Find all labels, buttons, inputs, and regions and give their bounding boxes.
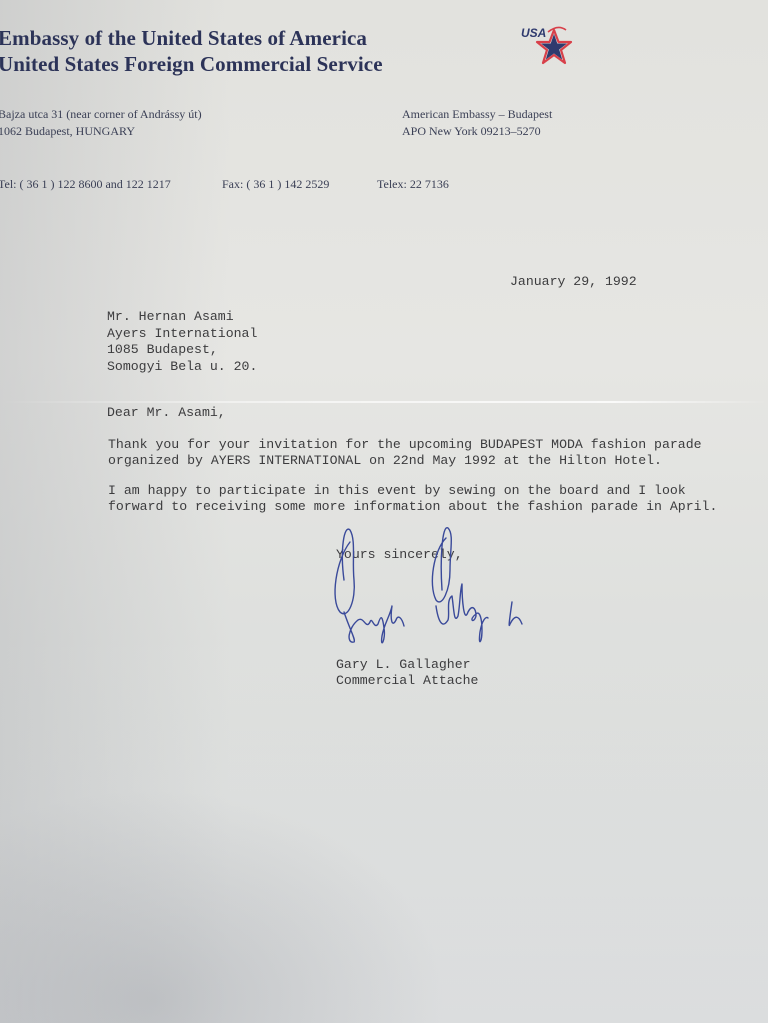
handwritten-signature-icon [326,520,536,660]
address-left-line2: 1062 Budapest, HUNGARY [0,123,135,140]
recipient-line: 1085 Budapest, [107,342,218,359]
address-left-line1: Bajza utca 31 (near corner of Andrássy ú… [0,106,202,123]
contact-telex: Telex: 22 7136 [377,176,449,193]
paragraph-line: forward to receiving some more informati… [108,499,717,516]
recipient-line: Mr. Hernan Asami [107,309,234,326]
letterhead-title-line1: Embassy of the United States of America [0,25,367,52]
contact-tel: Tel: ( 36 1 ) 122 8600 and 122 1217 [0,176,171,193]
address-right-line2: APO New York 09213–5270 [402,123,541,140]
salutation: Dear Mr. Asami, [107,405,226,422]
paragraph-line: organized by AYERS INTERNATIONAL on 22nd… [108,453,662,470]
letter-date: January 29, 1992 [510,274,637,291]
usa-star-logo-icon: USA [518,22,580,68]
paragraph-line: Thank you for your invitation for the up… [108,437,702,454]
recipient-line: Somogyi Bela u. 20. [107,359,257,376]
address-right-line1: American Embassy – Budapest [402,106,552,123]
letterhead-title-line2: United States Foreign Commercial Service [0,51,383,78]
recipient-line: Ayers International [107,326,257,343]
paragraph-line: I am happy to participate in this event … [108,483,686,500]
paper-fold-line [0,401,768,403]
logo-text: USA [521,26,546,40]
signer-name: Gary L. Gallagher [336,657,471,674]
signer-title: Commercial Attache [336,673,478,690]
contact-fax: Fax: ( 36 1 ) 142 2529 [222,176,329,193]
